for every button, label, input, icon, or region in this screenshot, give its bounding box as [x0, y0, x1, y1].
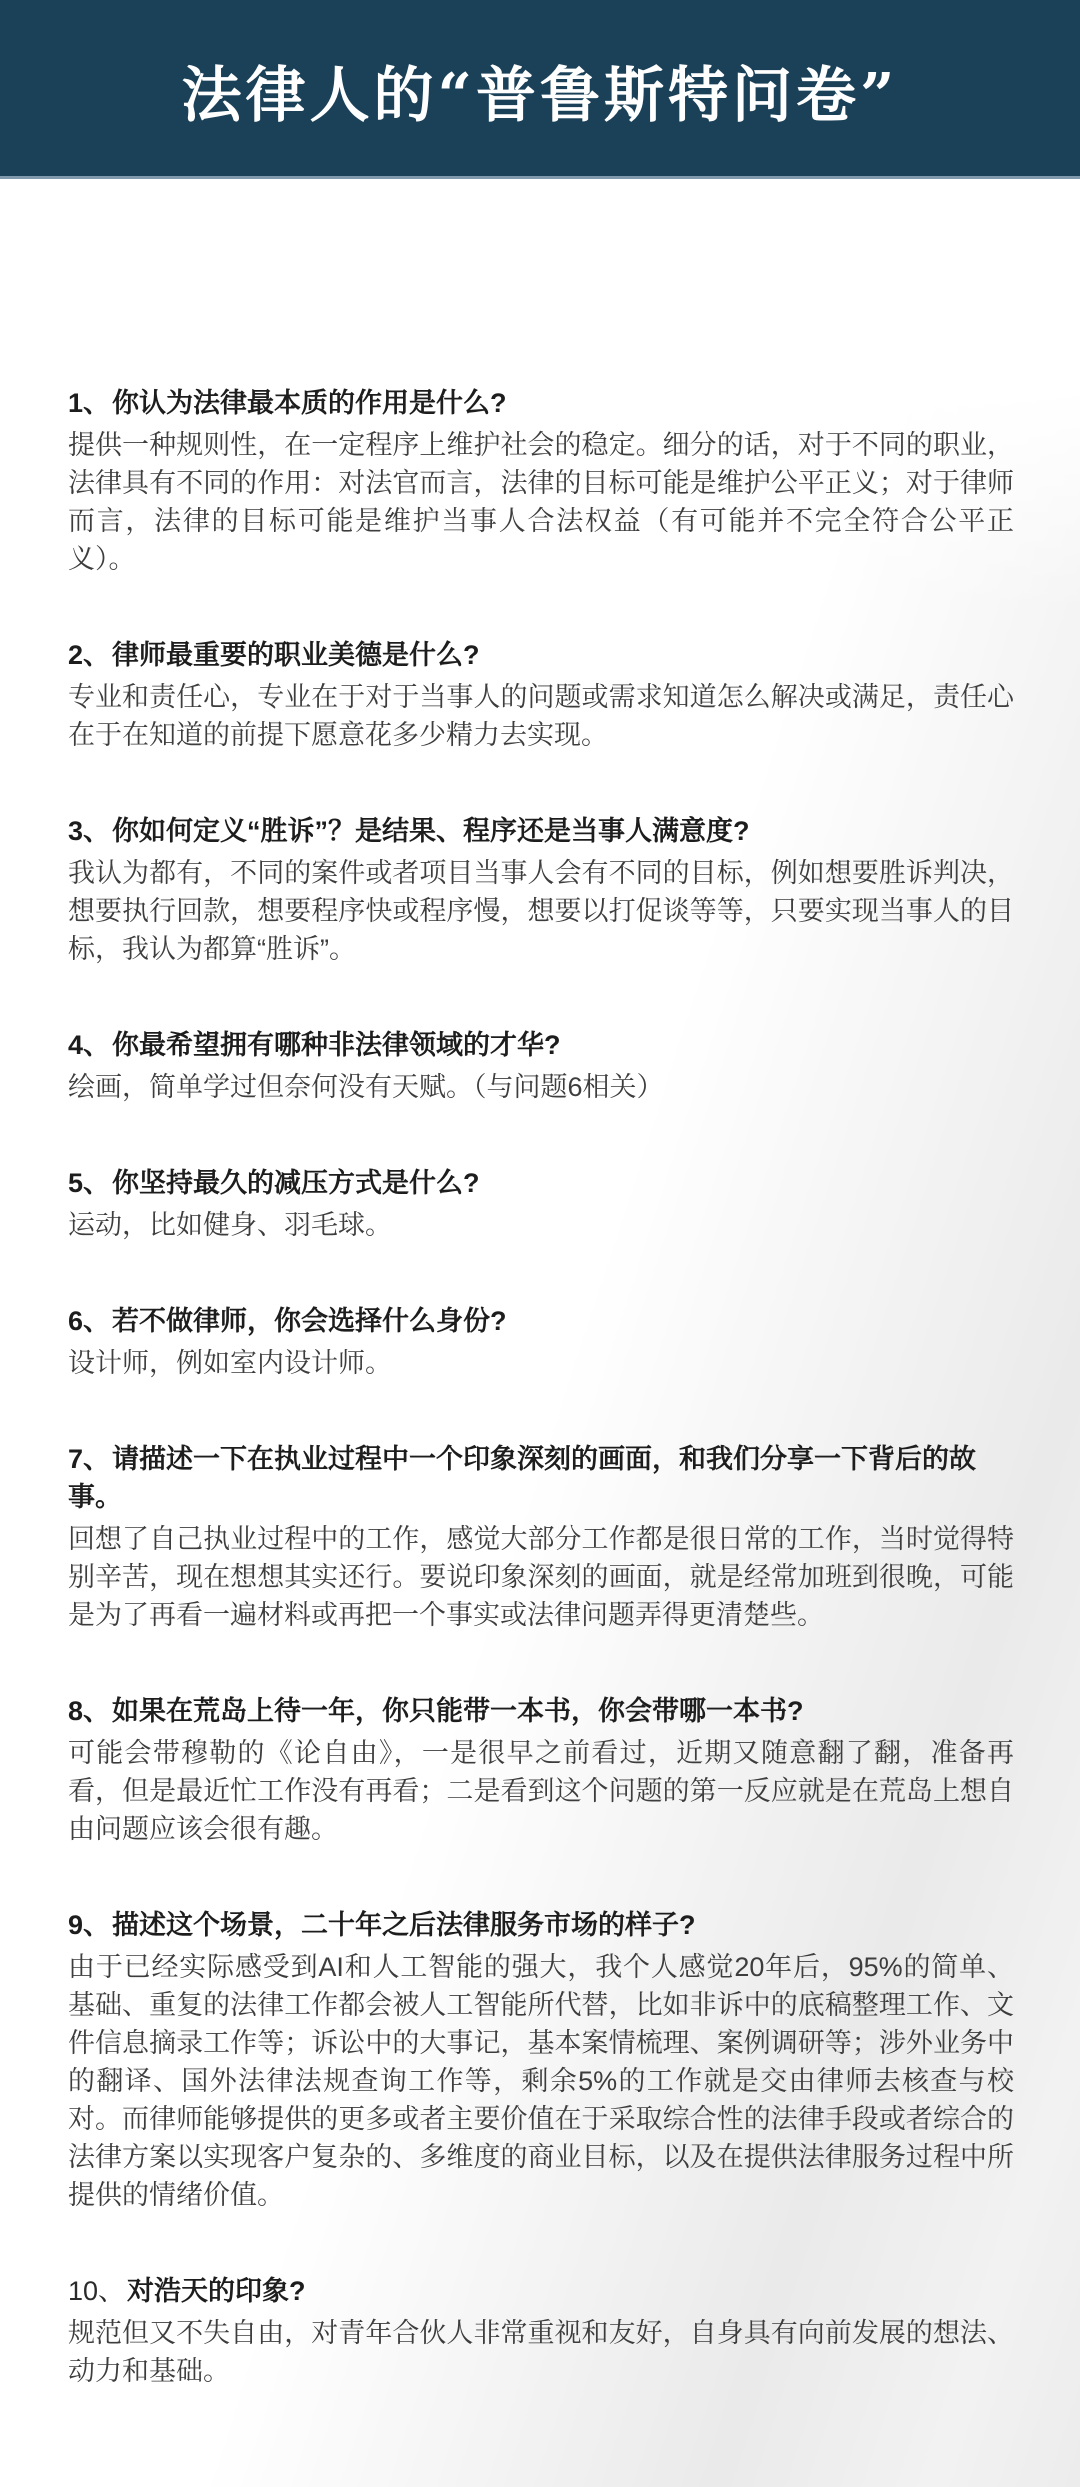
qa-block-1: 1、你认为法律最本质的作用是什么? 提供一种规则性，在一定程序上维护社会的稳定。… [68, 384, 1014, 578]
answer-text: 设计师，例如室内设计师。 [68, 1344, 1014, 1382]
answer-text: 我认为都有，不同的案件或者项目当事人会有不同的目标，例如想要胜诉判决，想要执行回… [68, 854, 1014, 968]
question-text: 你最希望拥有哪种非法律领域的才华? [112, 1030, 561, 1060]
question-text: 你如何定义“胜诉”？是结果、程序还是当事人满意度? [112, 816, 750, 846]
question-text: 描述这个场景，二十年之后法律服务市场的样子? [112, 1910, 696, 1940]
answer-text: 专业和责任心，专业在于对于当事人的问题或需求知道怎么解决或满足，责任心在于在知道… [68, 678, 1014, 754]
answer-text: 规范但又不失自由，对青年合伙人非常重视和友好，自身具有向前发展的想法、动力和基础… [68, 2314, 1014, 2390]
answer-text: 提供一种规则性，在一定程序上维护社会的稳定。细分的话，对于不同的职业，法律具有不… [68, 426, 1014, 578]
question-number: 1、 [68, 388, 110, 418]
answer-text: 运动，比如健身、羽毛球。 [68, 1206, 1014, 1244]
question-heading: 4、你最希望拥有哪种非法律领域的才华? [68, 1026, 1014, 1064]
qa-block-3: 3、你如何定义“胜诉”？是结果、程序还是当事人满意度? 我认为都有，不同的案件或… [68, 812, 1014, 968]
qa-block-4: 4、你最希望拥有哪种非法律领域的才华? 绘画，简单学过但奈何没有天赋。（与问题6… [68, 1026, 1014, 1106]
question-text: 你认为法律最本质的作用是什么? [112, 388, 507, 418]
qa-block-6: 6、若不做律师，你会选择什么身份? 设计师，例如室内设计师。 [68, 1302, 1014, 1382]
question-number: 4、 [68, 1030, 110, 1060]
question-heading: 9、描述这个场景，二十年之后法律服务市场的样子? [68, 1906, 1014, 1944]
page-title: 法律人的“普鲁斯特问卷” [181, 42, 898, 134]
question-number: 7、 [68, 1444, 110, 1474]
question-heading: 1、你认为法律最本质的作用是什么? [68, 384, 1014, 422]
question-heading: 6、若不做律师，你会选择什么身份? [68, 1302, 1014, 1340]
answer-text: 绘画，简单学过但奈何没有天赋。（与问题6相关） [68, 1068, 1014, 1106]
question-number: 6、 [68, 1306, 110, 1336]
answer-text: 由于已经实际感受到AI和人工智能的强大，我个人感觉20年后，95%的简单、基础、… [68, 1948, 1014, 2214]
question-number: 2、 [68, 640, 110, 670]
question-text: 律师最重要的职业美德是什么? [112, 640, 480, 670]
qa-block-8: 8、如果在荒岛上待一年，你只能带一本书，你会带哪一本书? 可能会带穆勒的《论自由… [68, 1692, 1014, 1848]
question-heading: 8、如果在荒岛上待一年，你只能带一本书，你会带哪一本书? [68, 1692, 1014, 1730]
qa-block-9: 9、描述这个场景，二十年之后法律服务市场的样子? 由于已经实际感受到AI和人工智… [68, 1906, 1014, 2214]
qa-block-7: 7、请描述一下在执业过程中一个印象深刻的画面，和我们分享一下背后的故事。 回想了… [68, 1440, 1014, 1634]
page: 法律人的“普鲁斯特问卷” 1、你认为法律最本质的作用是什么? 提供一种规则性，在… [0, 0, 1080, 2487]
question-heading: 7、请描述一下在执业过程中一个印象深刻的画面，和我们分享一下背后的故事。 [68, 1440, 1014, 1516]
title-banner: 法律人的“普鲁斯特问卷” [0, 0, 1080, 179]
question-heading: 5、你坚持最久的减压方式是什么? [68, 1164, 1014, 1202]
question-number: 8、 [68, 1696, 110, 1726]
question-number: 3、 [68, 816, 110, 846]
qa-block-5: 5、你坚持最久的减压方式是什么? 运动，比如健身、羽毛球。 [68, 1164, 1014, 1244]
question-heading: 2、律师最重要的职业美德是什么? [68, 636, 1014, 674]
question-number: 5、 [68, 1168, 110, 1198]
answer-text: 可能会带穆勒的《论自由》，一是很早之前看过，近期又随意翻了翻，准备再看，但是最近… [68, 1734, 1014, 1848]
question-number: 10、 [68, 2276, 125, 2306]
question-text: 你坚持最久的减压方式是什么? [112, 1168, 480, 1198]
question-text: 对浩天的印象? [127, 2276, 306, 2306]
answer-text: 回想了自己执业过程中的工作，感觉大部分工作都是很日常的工作，当时觉得特别辛苦，现… [68, 1520, 1014, 1634]
question-text: 如果在荒岛上待一年，你只能带一本书，你会带哪一本书? [112, 1696, 804, 1726]
qa-block-10: 10、对浩天的印象? 规范但又不失自由，对青年合伙人非常重视和友好，自身具有向前… [68, 2272, 1014, 2390]
question-heading: 3、你如何定义“胜诉”？是结果、程序还是当事人满意度? [68, 812, 1014, 850]
questionnaire-body: 1、你认为法律最本质的作用是什么? 提供一种规则性，在一定程序上维护社会的稳定。… [0, 179, 1080, 2487]
question-heading: 10、对浩天的印象? [68, 2272, 1014, 2310]
question-text: 请描述一下在执业过程中一个印象深刻的画面，和我们分享一下背后的故事。 [68, 1444, 976, 1512]
question-number: 9、 [68, 1910, 110, 1940]
qa-block-2: 2、律师最重要的职业美德是什么? 专业和责任心，专业在于对于当事人的问题或需求知… [68, 636, 1014, 754]
question-text: 若不做律师，你会选择什么身份? [112, 1306, 507, 1336]
